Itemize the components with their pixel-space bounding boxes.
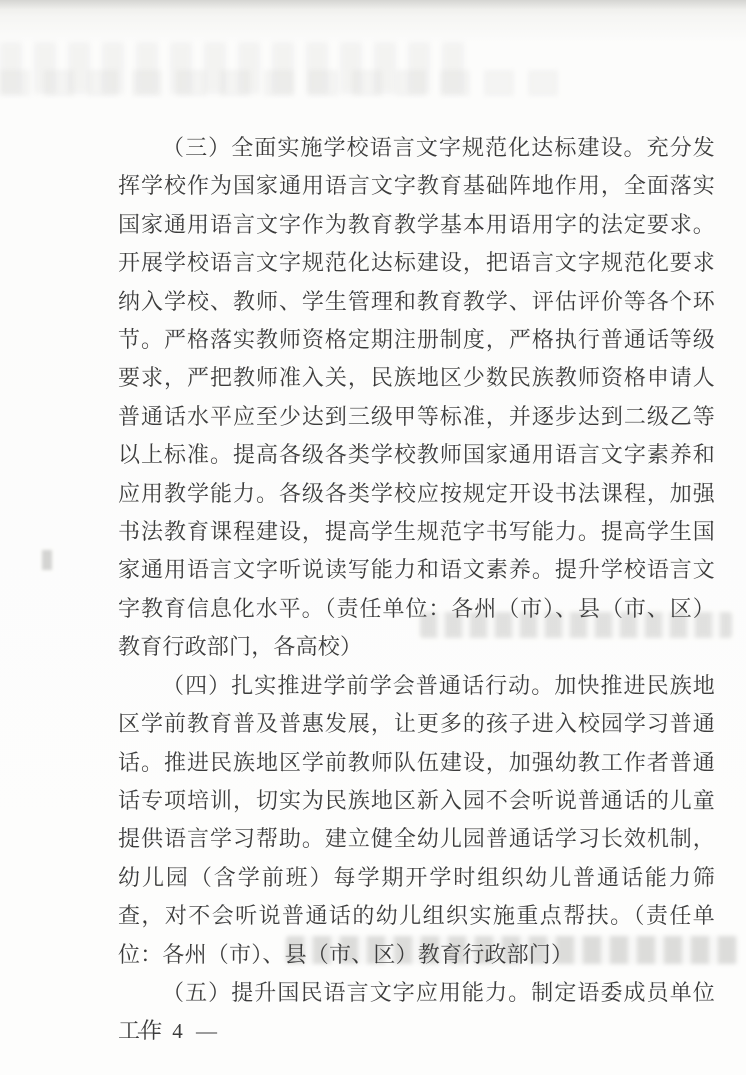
scan-top-shadow — [0, 0, 746, 16]
scan-speck — [42, 550, 52, 570]
scanned-document-page: （三）全面实施学校语言文字规范化达标建设。充分发挥学校作为国家通用语言文字教育基… — [0, 0, 746, 1075]
paragraph-section-4: （四）扎实推进学前学会普通话行动。加快推进民族地区学前教育普及普惠发展，让更多的… — [118, 667, 715, 974]
document-body: （三）全面实施学校语言文字规范化达标建设。充分发挥学校作为国家通用语言文字教育基… — [118, 129, 715, 1051]
page-number: — 4 — — [138, 1019, 221, 1044]
bleed-through-artifact — [0, 42, 470, 94]
bleed-through-artifact — [0, 70, 560, 96]
paragraph-section-3: （三）全面实施学校语言文字规范化达标建设。充分发挥学校作为国家通用语言文字教育基… — [118, 129, 715, 667]
